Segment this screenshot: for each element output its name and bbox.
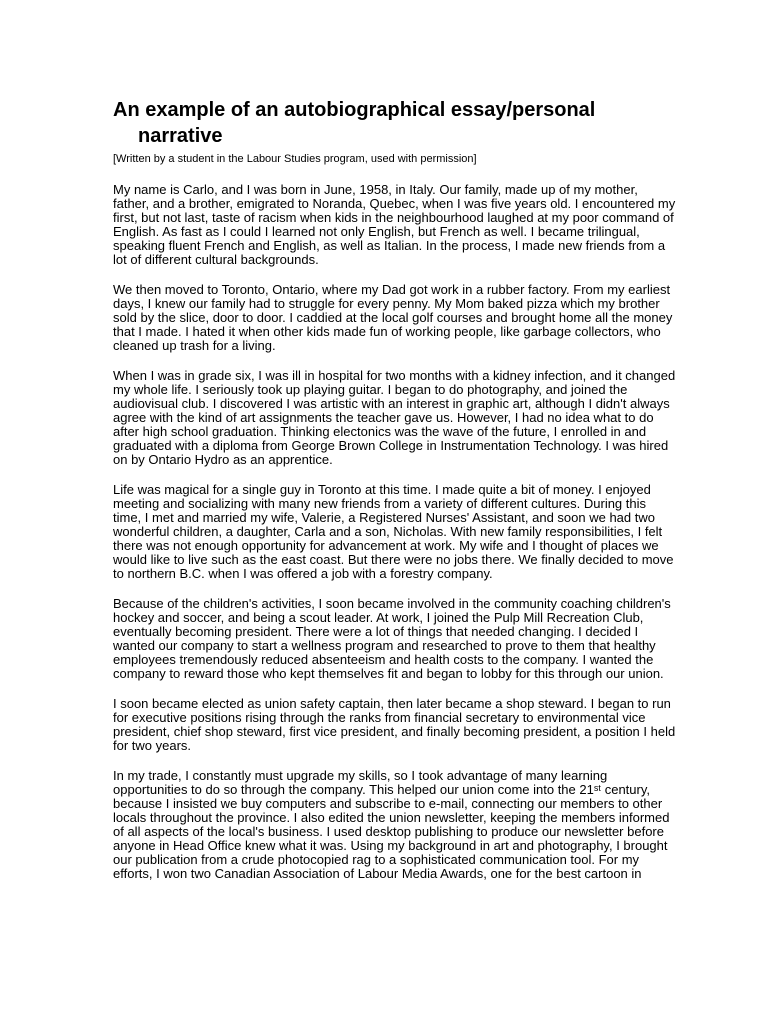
essay-paragraph-4: Life was magical for a single guy in Tor… — [113, 483, 677, 581]
essay-paragraph-5: Because of the children's activities, I … — [113, 597, 677, 681]
document-title-line-2: narrative — [113, 123, 677, 149]
essay-paragraph-3: When I was in grade six, I was ill in ho… — [113, 369, 677, 467]
essay-body: My name is Carlo, and I was born in June… — [113, 183, 677, 881]
essay-paragraph-1: My name is Carlo, and I was born in June… — [113, 183, 677, 267]
document-page: An example of an autobiographical essay/… — [0, 0, 768, 1024]
attribution-note: [Written by a student in the Labour Stud… — [113, 152, 677, 166]
essay-paragraph-6: I soon became elected as union safety ca… — [113, 697, 677, 753]
essay-paragraph-2: We then moved to Toronto, Ontario, where… — [113, 283, 677, 353]
document-content: An example of an autobiographical essay/… — [113, 97, 677, 897]
document-title-line-1: An example of an autobiographical essay/… — [113, 97, 677, 123]
document-title: An example of an autobiographical essay/… — [113, 97, 677, 149]
essay-paragraph-7: In my trade, I constantly must upgrade m… — [113, 769, 677, 881]
